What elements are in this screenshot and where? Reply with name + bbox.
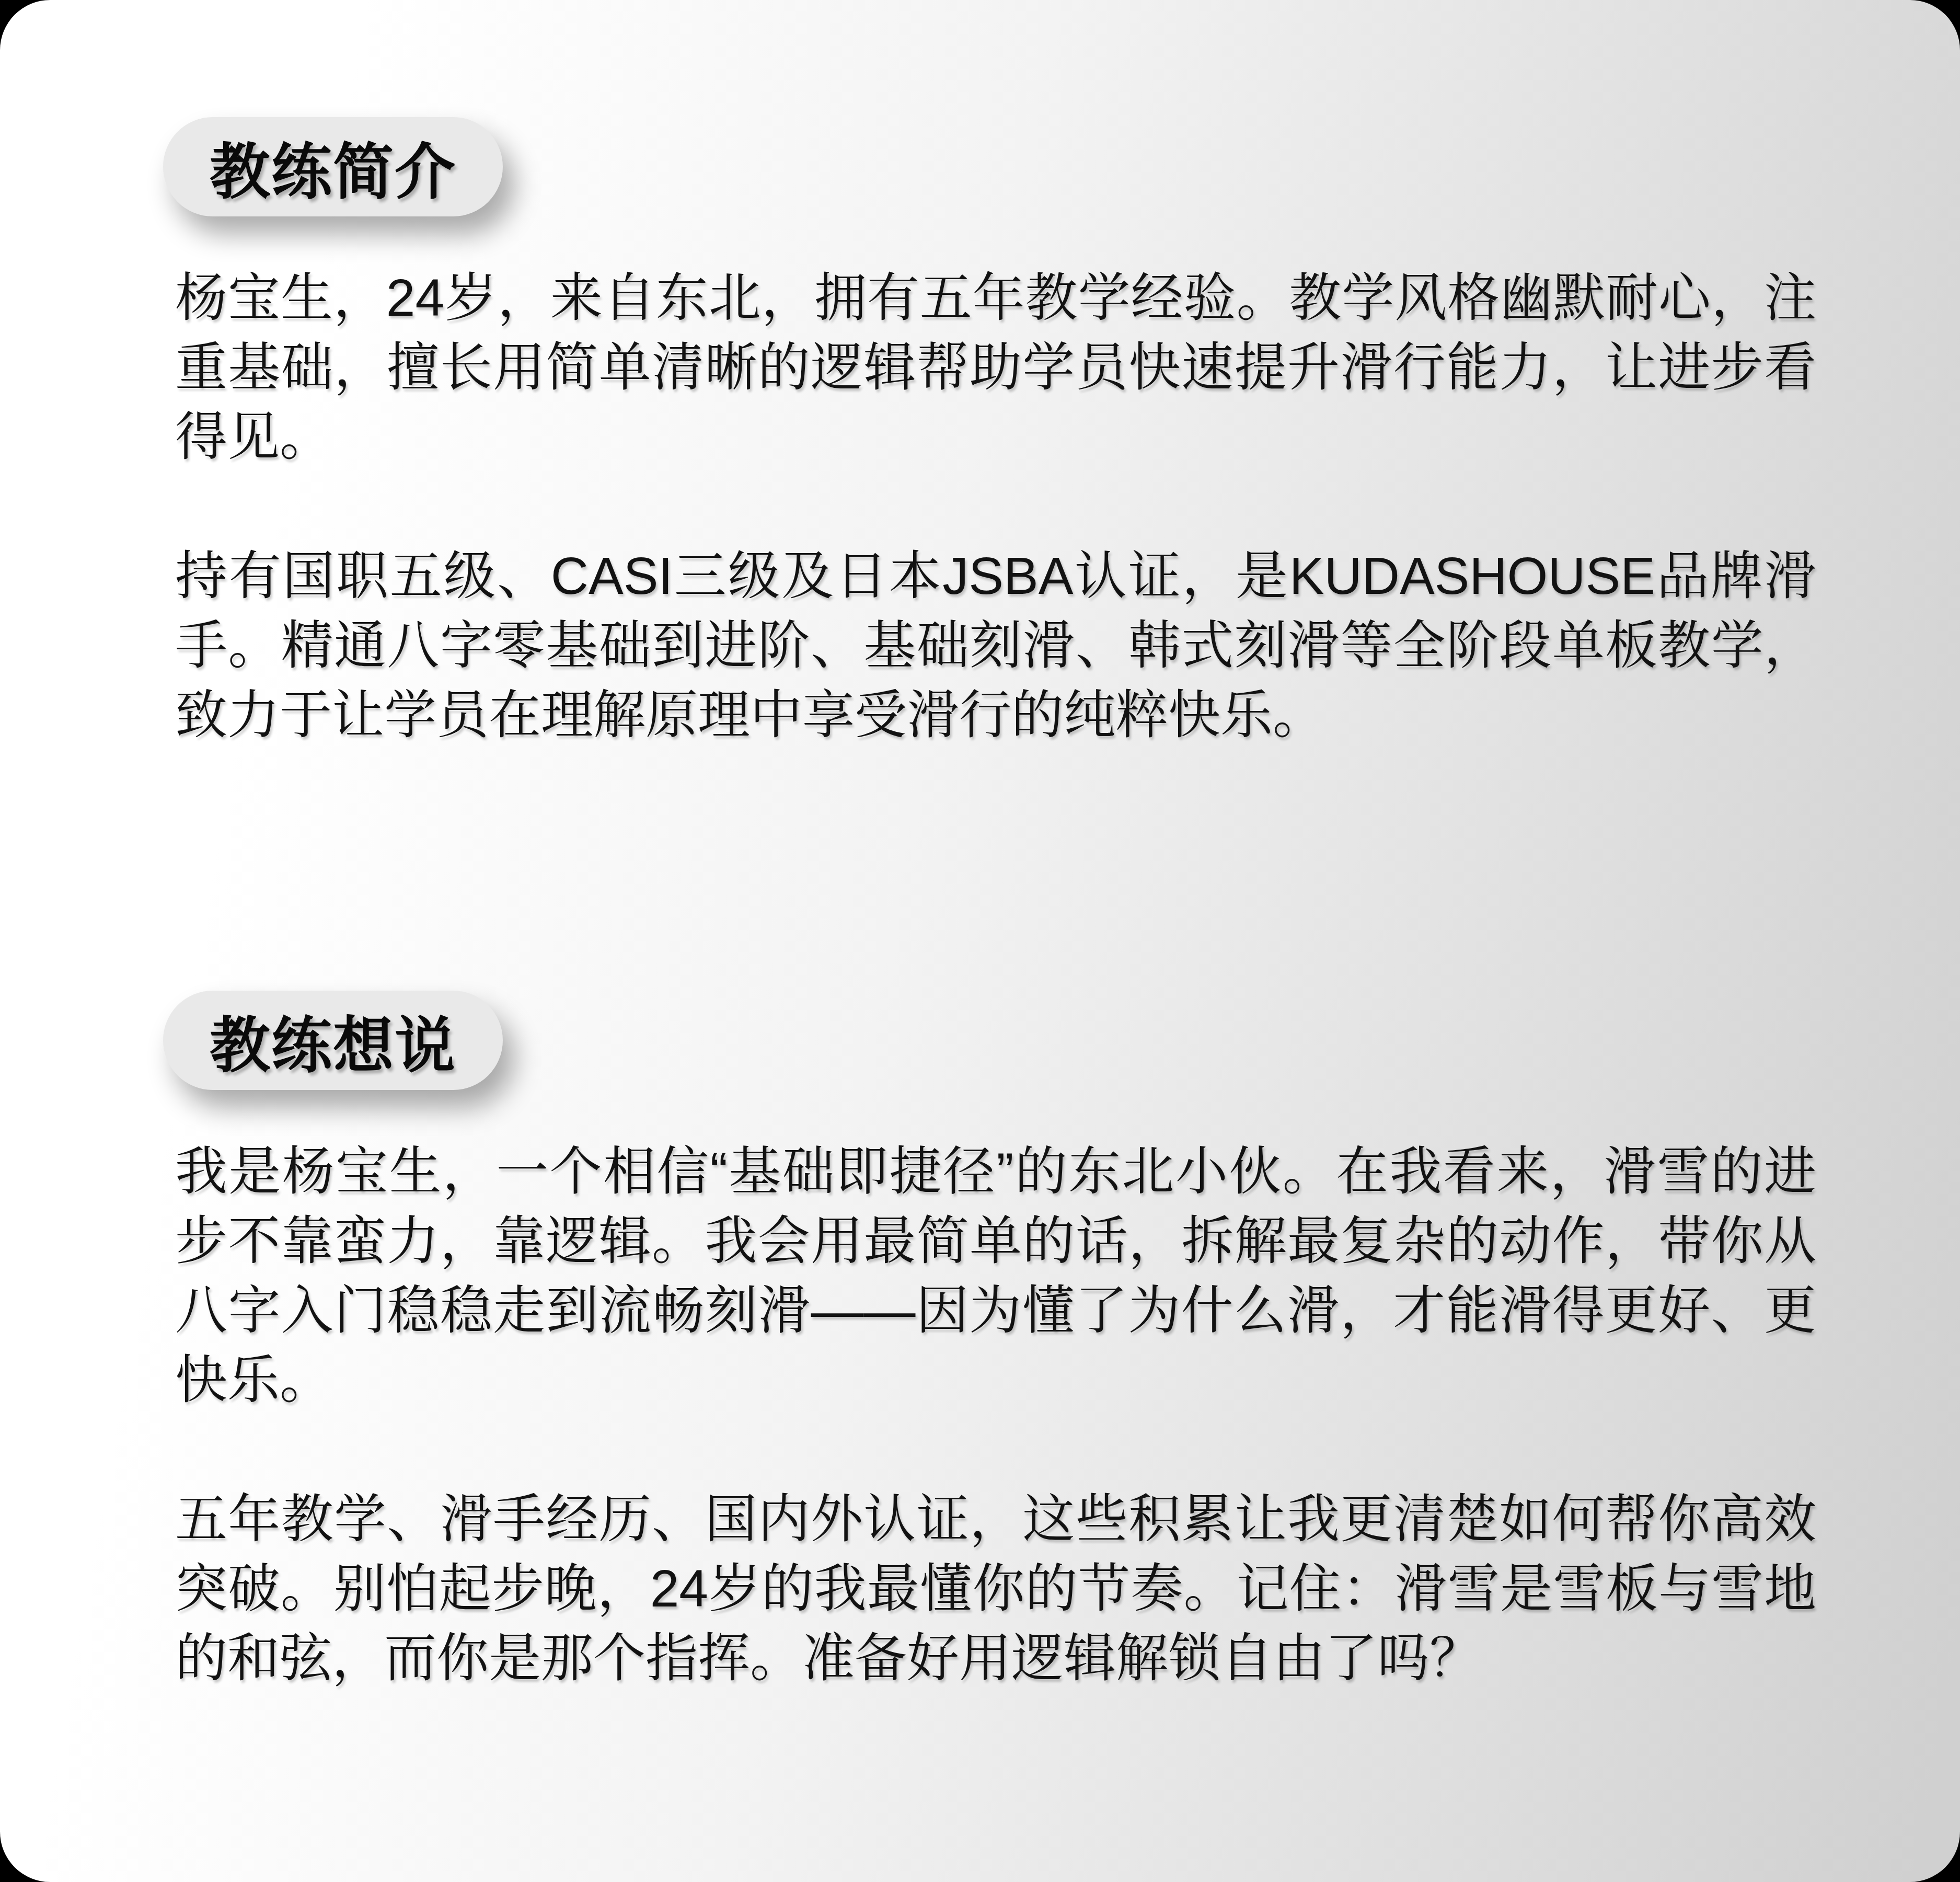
- coach-profile-card: 教练简介 杨宝生，24岁，来自东北，拥有五年教学经验。教学风格幽默耐心，注重基础…: [0, 0, 1960, 1882]
- section-coach-intro: 教练简介 杨宝生，24岁，来自东北，拥有五年教学经验。教学风格幽默耐心，注重基础…: [0, 0, 1960, 750]
- coach-message-badge: 教练想说: [163, 991, 503, 1090]
- coach-intro-paragraph-2: 持有国职五级、CASI三级及日本JSBA认证，是KUDASHOUSE品牌滑手。精…: [175, 542, 1816, 750]
- coach-intro-badge: 教练简介: [163, 117, 503, 216]
- section-coach-message: 教练想说 我是杨宝生，一个相信“基础即捷径”的东北小伙。在我看来，滑雪的进步不靠…: [0, 750, 1960, 1693]
- coach-intro-paragraph-1: 杨宝生，24岁，来自东北，拥有五年教学经验。教学风格幽默耐心，注重基础，擅长用简…: [175, 263, 1816, 472]
- coach-message-badge-label: 教练想说: [210, 997, 456, 1084]
- coach-intro-badge-label: 教练简介: [210, 123, 456, 211]
- page-background: { "colors": { "page_background": "#00000…: [0, 0, 1960, 1882]
- coach-message-paragraph-2: 五年教学、滑手经历、国内外认证，这些积累让我更清楚如何帮你高效突破。别怕起步晚，…: [175, 1485, 1816, 1693]
- coach-message-paragraph-1: 我是杨宝生，一个相信“基础即捷径”的东北小伙。在我看来，滑雪的进步不靠蛮力，靠逻…: [175, 1137, 1816, 1415]
